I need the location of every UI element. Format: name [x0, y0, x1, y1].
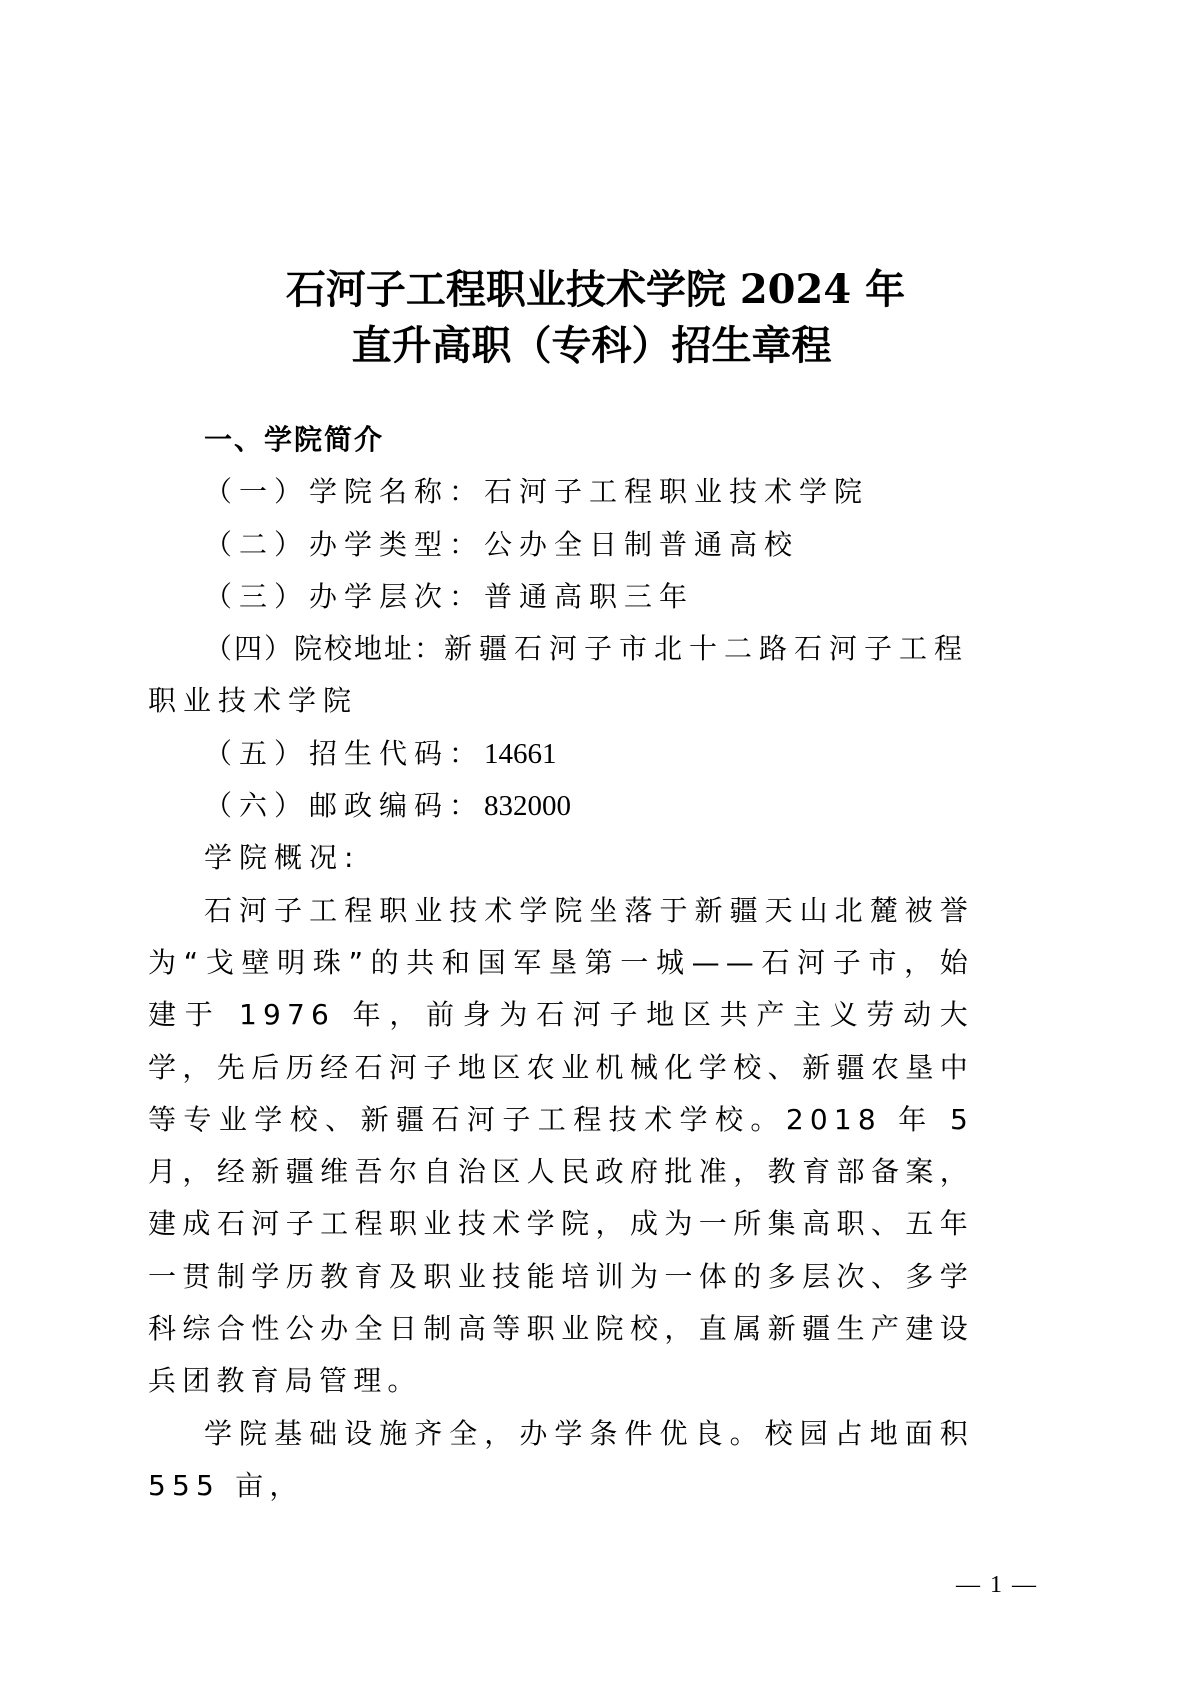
info-item-type: （二）办学类型：公办全日制普通高校 [148, 519, 974, 571]
info-value: 普通高职三年 [484, 580, 694, 613]
document-page: 石河子工程职业技术学院 2024 年 直升高职（专科）招生章程 一、学院简介 （… [0, 0, 1191, 1684]
info-label: （二）办学类型： [204, 528, 484, 561]
info-label: （四）院校地址： [204, 632, 444, 665]
info-label: （六）邮政编码： [204, 789, 484, 822]
info-item-name: （一）学院名称：石河子工程职业技术学院 [148, 466, 974, 518]
overview-paragraph-2: 学院基础设施齐全，办学条件优良。校园占地面积 555 亩， [148, 1408, 974, 1513]
info-item-postal-code: （六）邮政编码：832000 [148, 780, 974, 832]
document-title: 石河子工程职业技术学院 2024 年 直升高职（专科）招生章程 [0, 262, 1191, 374]
page-number: — 1 — [956, 1572, 1038, 1599]
section-heading: 一、学院简介 [148, 414, 974, 466]
info-label: （三）办学层次： [204, 580, 484, 613]
info-value: 石河子工程职业技术学院 [484, 475, 869, 508]
title-line-1: 石河子工程职业技术学院 2024 年 [0, 262, 1191, 318]
overview-label: 学院概况: [148, 832, 974, 884]
info-value: 公办全日制普通高校 [484, 528, 799, 561]
info-item-level: （三）办学层次：普通高职三年 [148, 571, 974, 623]
info-value: 832000 [484, 790, 571, 822]
document-body: 一、学院简介 （一）学院名称：石河子工程职业技术学院 （二）办学类型：公办全日制… [148, 420, 974, 1512]
info-label: （一）学院名称： [204, 475, 484, 508]
info-item-enroll-code: （五）招生代码：14661 [148, 728, 974, 780]
overview-paragraph-1: 石河子工程职业技术学院坐落于新疆天山北麓被誉为“戈壁明珠”的共和国军垦第一城——… [148, 885, 974, 1408]
info-item-address: （四）院校地址：新疆石河子市北十二路石河子工程职业技术学院 [148, 623, 974, 728]
title-line-2: 直升高职（专科）招生章程 [0, 318, 1191, 374]
info-value: 14661 [484, 738, 557, 770]
info-label: （五）招生代码： [204, 737, 484, 770]
